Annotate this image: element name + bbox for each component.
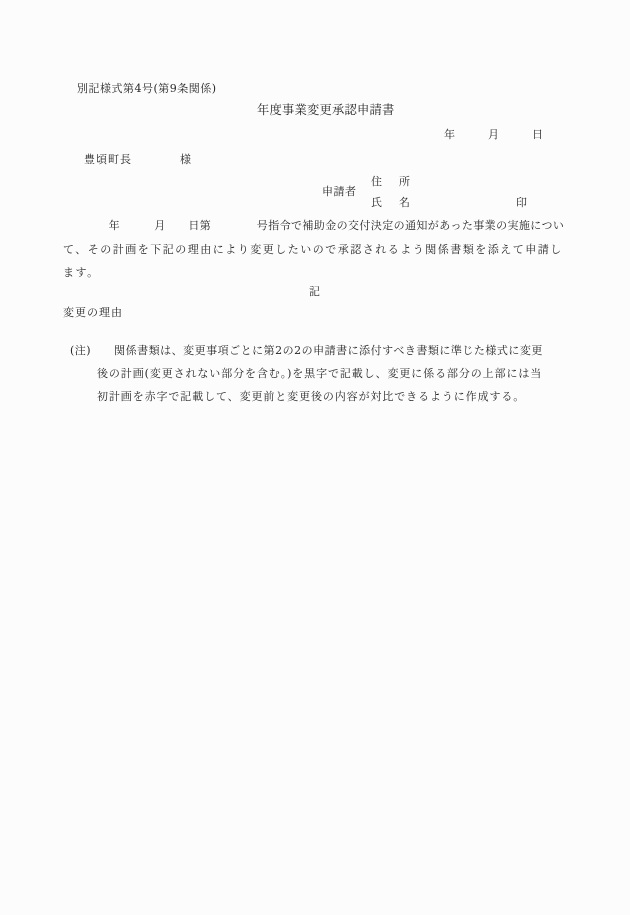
note-line-3: 初計画を赤字で記載して、変更前と変更後の内容が対比できるように作成する。 (97, 389, 525, 404)
document-title: 年度事業変更承認申請書 (257, 102, 394, 118)
change-reason-heading: 変更の理由 (63, 305, 123, 320)
document-page: 別記様式第4号(第9条関係) 年度事業変更承認申請書 年 月 日 豊頃町長 様 … (0, 0, 630, 915)
form-code-label: 別記様式第4号(第9条関係) (77, 81, 217, 96)
addressee-name: 豊頃町長 (84, 152, 132, 167)
seal-mark: 印 (516, 195, 527, 210)
body-paragraph-line-1: 年 月 日第 号指令で補助金の交付決定の通知があった事業の実施につい (63, 218, 564, 233)
body-paragraph-line-3: ます。 (63, 265, 100, 280)
addressee-honorific: 様 (180, 152, 191, 167)
note-line-2: 後の計画(変更されない部分を含む。)を黒字で記載し、変更に係る部分の上部には当 (97, 366, 542, 381)
date-fill-in-line: 年 月 日 (444, 127, 543, 142)
applicant-address-label: 住 所 (371, 174, 413, 189)
applicant-label: 申請者 (322, 184, 357, 199)
note-line-1: (注) 関係書類は、変更事項ごとに第2の2の申請書に添付すべき書類に準じた様式に… (70, 343, 543, 358)
section-marker-ki: 記 (309, 284, 320, 299)
body-paragraph-line-2: て、その計画を下記の理由により変更したいので承認されるよう関係書類を添えて申請し (63, 242, 563, 257)
applicant-name-label: 氏 名 (371, 195, 413, 210)
